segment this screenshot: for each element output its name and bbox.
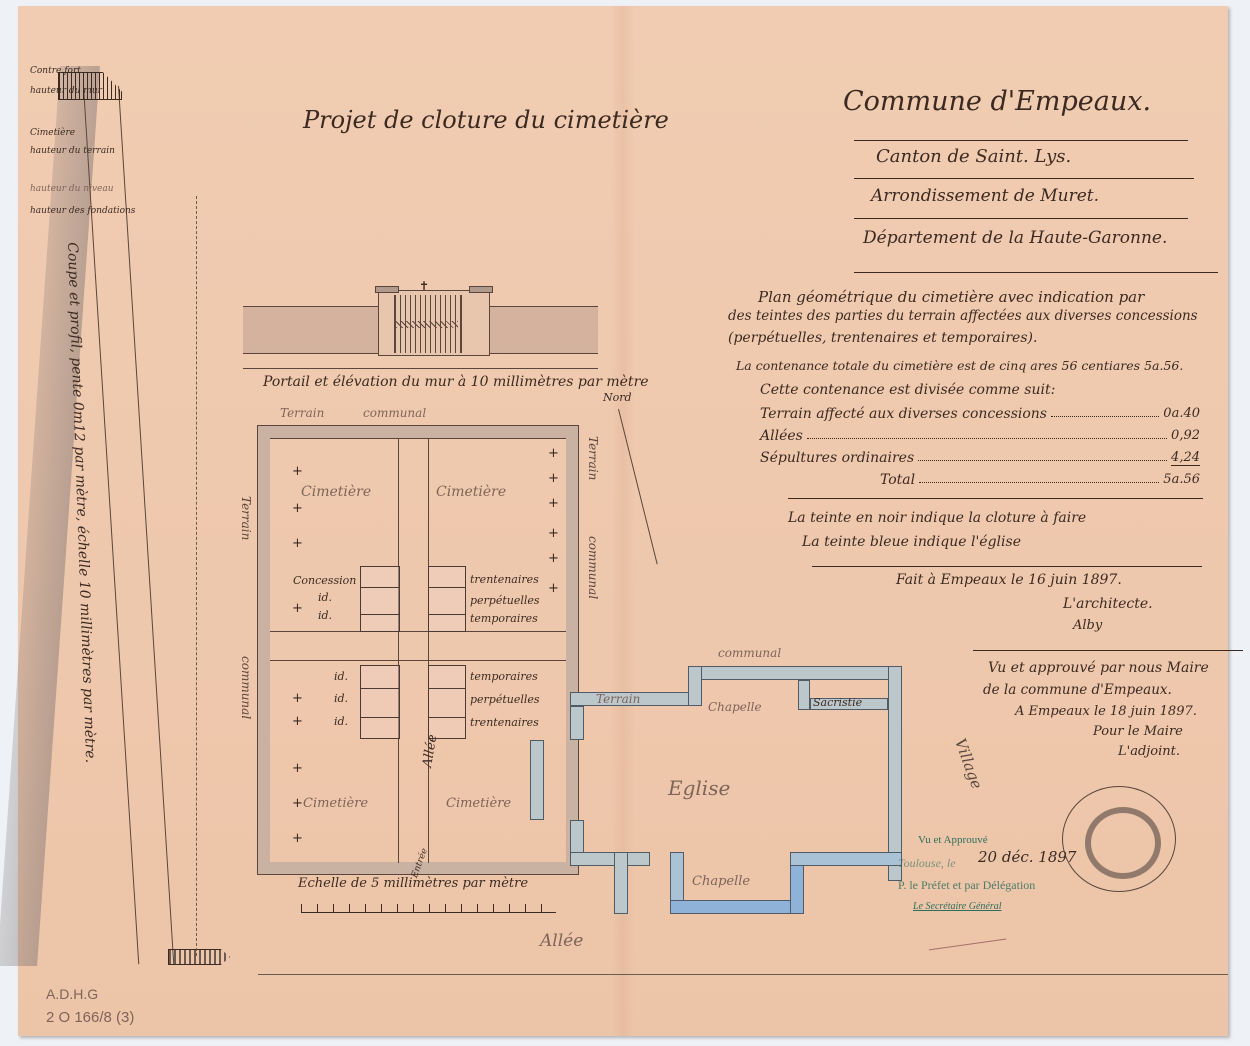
signature-date: Fait à Empeaux le 16 juin 1897. (896, 572, 1122, 588)
departement-label: Département de la Haute-Garonne. (863, 228, 1167, 248)
document-sheet: Contre fort hauteur du mur Cimetière hau… (18, 6, 1228, 1036)
grave-cross-icon: + (292, 601, 303, 616)
archive-ref-line2: 2 O 166/8 (3) (46, 1009, 134, 1026)
label-concession: Concession (293, 574, 356, 587)
label-village: Village (951, 736, 986, 791)
concession-plot (360, 665, 400, 689)
grave-cross-icon: + (292, 464, 303, 479)
scale-bar (301, 904, 556, 913)
table-value: 0,92 (1171, 428, 1200, 444)
leader-dots (918, 450, 1167, 461)
table-row: Sépultures ordinaires 4,24 (760, 450, 1200, 466)
chapel-wall (670, 900, 804, 914)
label-sacristie: Sacristie (813, 696, 862, 709)
legend-rule (812, 566, 1202, 567)
legend-black: La teinte en noir indique la cloture à f… (788, 510, 1086, 526)
table-rule (788, 498, 1203, 499)
label-allee-bottom: Allée (540, 931, 583, 951)
north-arrow-icon (618, 409, 658, 564)
concession-plot (360, 688, 400, 718)
concession-plot (428, 566, 466, 588)
label-hauteur-niveau: hauteur du niveau (30, 184, 114, 194)
church-wall (614, 852, 628, 914)
label-chapelle-top: Chapelle (708, 700, 762, 714)
label-terrain-church: Terrain (596, 692, 640, 706)
grave-cross-icon: + (548, 471, 559, 486)
table-value: 4,24 (1171, 450, 1200, 466)
table-value: 5a.56 (1163, 472, 1200, 488)
church-wall (570, 852, 650, 866)
cross-aisle-bottom (270, 660, 566, 661)
concession-plot (360, 614, 400, 632)
gate-portal: ✝ (378, 290, 490, 356)
concession-plot (360, 587, 400, 615)
label-cimetiere-br: Cimetière (446, 796, 511, 811)
north-label: Nord (603, 391, 632, 404)
label-id: id. (334, 715, 348, 728)
label-cimetiere: Cimetière (30, 128, 75, 138)
leader-dots (1051, 406, 1159, 417)
grave-cross-icon: + (292, 761, 303, 776)
label-chapelle-bottom: Chapelle (692, 874, 750, 889)
mayor-seal-icon (1062, 786, 1176, 892)
foundation-bottom-icon (168, 949, 230, 965)
label-id: id. (318, 591, 332, 604)
label-hauteur-terrain: hauteur du terrain (30, 146, 115, 156)
label-terrain-right: Terrain (586, 436, 600, 480)
approval-line3: A Empeaux le 18 juin 1897. (1015, 704, 1197, 719)
label-id: id. (334, 670, 348, 683)
church-wall (570, 706, 584, 740)
stamp-date: 20 déc. 1897 (978, 848, 1076, 866)
label-contrefort: Contre fort (30, 66, 81, 76)
label-terrain-top: Terrain (280, 406, 324, 420)
table-row-total: Total 5a.56 (880, 472, 1200, 488)
stamp-line2: Toulouse, le (898, 856, 956, 871)
label-trentenaires: trentenaires (470, 573, 539, 586)
description-line5: Cette contenance est divisée comme suit: (760, 382, 1055, 398)
aisle-line-right (428, 438, 429, 863)
gate-lattice (396, 321, 458, 328)
approval-line4: Pour le Maire (1093, 724, 1183, 739)
label-id: id. (334, 692, 348, 705)
label-temporaires: temporaires (470, 612, 538, 625)
legend-blue: La teinte bleue indique l'église (802, 534, 1021, 550)
table-row: Allées 0,92 (760, 428, 1200, 444)
grave-cross-icon: + (292, 714, 303, 729)
approval-line1: Vu et approuvé par nous Maire (988, 660, 1209, 676)
label-perpetuelles: perpétuelles (470, 693, 540, 706)
cross-aisle-top (270, 631, 566, 632)
description-line2: des teintes des parties du terrain affec… (728, 308, 1198, 324)
concession-plot (360, 566, 400, 588)
ground-line (243, 368, 598, 369)
church-wall (688, 666, 702, 706)
table-label: Total (880, 472, 915, 488)
concession-plot (428, 665, 466, 689)
pillar-cap-left (375, 286, 399, 293)
stamp-line3: P. le Préfet et par Délégation (898, 878, 1035, 893)
label-communal-church: communal (718, 646, 781, 660)
leader-dots (807, 428, 1167, 439)
seal-inner-ring (1085, 807, 1161, 879)
bottom-rule (258, 974, 1228, 975)
prefect-signature (928, 929, 1007, 951)
label-cimetiere-tr: Cimetière (436, 484, 506, 500)
label-hauteur-fondations: hauteur des fondations (30, 206, 135, 216)
table-value: 0a.40 (1163, 406, 1200, 422)
description-line3: (perpétuelles, trentenaires et temporair… (728, 330, 1037, 346)
archive-ref-line1: A.D.H.G (46, 986, 98, 1002)
wall-inner (270, 438, 566, 439)
label-eglise: Eglise (668, 776, 730, 800)
sacristy-wall (798, 680, 810, 710)
table-label: Sépultures ordinaires (760, 450, 914, 466)
header-rule (854, 218, 1188, 219)
pillar-cap-right (469, 286, 493, 293)
section-line (118, 86, 174, 964)
label-temporaires: temporaires (470, 670, 538, 683)
church-wall (688, 666, 900, 680)
header-rule (854, 272, 1218, 273)
label-communal-top: communal (363, 406, 426, 420)
header-rule (854, 178, 1194, 179)
grave-cross-icon: + (292, 796, 303, 811)
church-wall (530, 740, 544, 820)
church-wall (888, 666, 902, 881)
label-id: id. (318, 609, 332, 622)
signature-role: L'architecte. (1063, 596, 1153, 612)
signature-rule (973, 650, 1243, 651)
section-dashed-line (196, 196, 197, 956)
commune-title: Commune d'Empeaux. (843, 86, 1151, 117)
grave-cross-icon: + (548, 581, 559, 596)
label-terrain-left: Terrain (239, 496, 253, 540)
label-cimetiere-bl: Cimetière (303, 796, 368, 811)
scale-caption: Echelle de 5 millimètres par mètre (298, 876, 528, 891)
grave-cross-icon: + (292, 501, 303, 516)
label-communal-left: communal (239, 656, 253, 719)
table-label: Terrain affecté aux diverses concessions (760, 406, 1047, 422)
table-label: Allées (760, 428, 803, 444)
arrondissement-label: Arrondissement de Muret. (871, 186, 1099, 206)
section-line (83, 86, 139, 964)
canton-label: Canton de Saint. Lys. (876, 146, 1071, 167)
architect-signature: Alby (1073, 618, 1102, 633)
stamp-line1: Vu et Approuvé (918, 834, 988, 846)
concession-plot (428, 688, 466, 718)
description-line4: La contenance totale du cimetière est de… (736, 358, 1183, 373)
header-rule (854, 140, 1188, 141)
grave-cross-icon: + (548, 446, 559, 461)
grave-cross-icon: + (548, 526, 559, 541)
approval-line2: de la commune d'Empeaux. (983, 682, 1172, 698)
aisle-line-left (398, 438, 399, 863)
label-trentenaires: trentenaires (470, 716, 539, 729)
concession-plot (428, 614, 466, 632)
label-cimetiere-tl: Cimetière (301, 484, 371, 500)
label-hauteur-mur: hauteur du mur (30, 86, 102, 96)
grave-cross-icon: + (292, 831, 303, 846)
page-title: Projet de cloture du cimetière (303, 106, 669, 134)
grave-cross-icon: + (292, 536, 303, 551)
concession-plot (360, 717, 400, 739)
grave-cross-icon: + (292, 691, 303, 706)
elevation-caption: Portail et élévation du mur à 10 millimè… (263, 374, 649, 390)
label-perpetuelles: perpétuelles (470, 594, 540, 607)
grave-cross-icon: + (548, 551, 559, 566)
table-row: Terrain affecté aux diverses concessions… (760, 406, 1200, 422)
grave-cross-icon: + (548, 496, 559, 511)
cross-icon: ✝ (419, 279, 429, 293)
church-wall (790, 852, 902, 866)
label-communal-right: communal (586, 536, 600, 599)
stamp-line4: Le Secrétaire Général (913, 901, 1002, 912)
leader-dots (919, 472, 1159, 483)
concession-plot (428, 587, 466, 615)
description-line1: Plan géométrique du cimetière avec indic… (758, 288, 1144, 306)
approval-line5: L'adjoint. (1118, 744, 1180, 759)
